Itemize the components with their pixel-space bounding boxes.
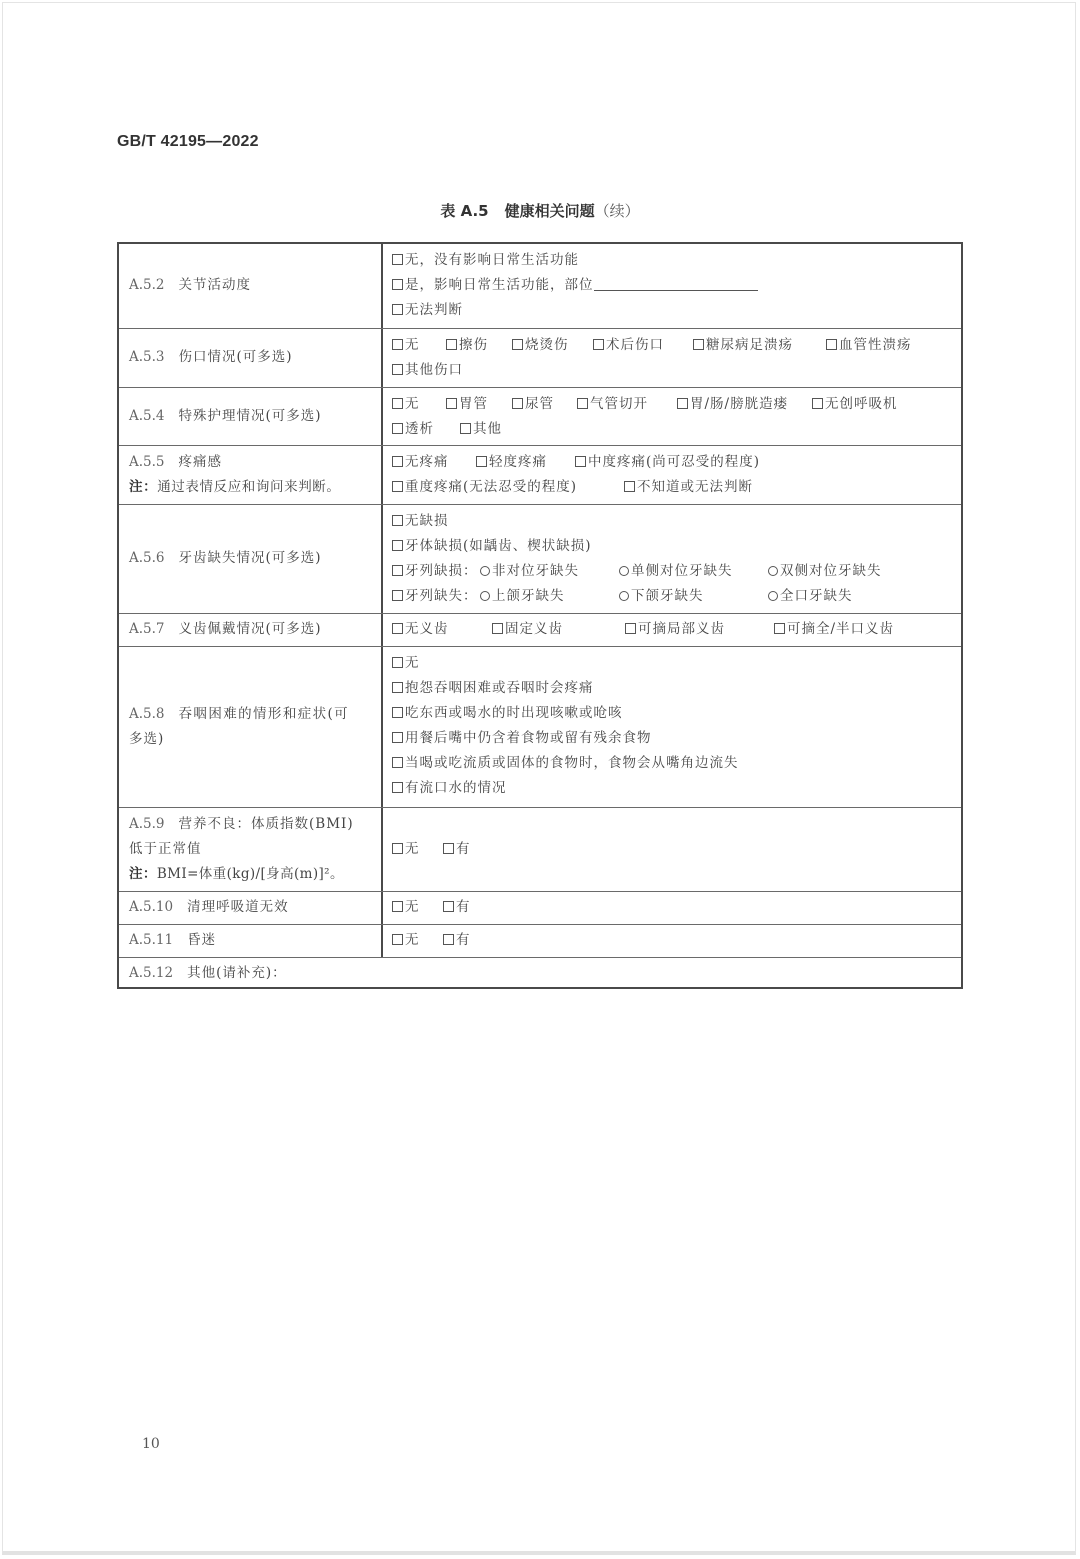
row-options-cell: 无疼痛 轻度疼痛 中度疼痛(尚可忍受的程度) 重度疼痛(无法忍受的程度) 不知道… <box>384 446 961 504</box>
table-title-text: 健康相关问题 <box>505 202 595 220</box>
row-label-cell: A.5.5疼痛感 注：通过表情反应和询问来判断。 <box>119 446 383 504</box>
health-questions-table: A.5.2关节活动度 无，没有影响日常生活功能 是，影响日常生活功能，部位 无法… <box>117 242 963 989</box>
row-label-cell: A.5.8吞咽困难的情形和症状(可 多选) <box>119 647 383 807</box>
row-label-cell: A.5.12其他(请补充)： <box>119 958 961 987</box>
item-code: A.5.2 <box>129 277 165 293</box>
radio-icon[interactable] <box>768 591 778 601</box>
row-options-cell: 无 抱怨吞咽困难或吞咽时会疼痛 吃东西或喝水的时出现咳嗽或呛咳 用餐后嘴中仍含着… <box>384 647 961 807</box>
option-checkbox[interactable]: 烧烫伤 <box>512 333 569 358</box>
option-checkbox[interactable]: 其他 <box>460 417 502 442</box>
item-label: 特殊护理情况(可多选) <box>179 408 322 424</box>
checkbox-icon[interactable] <box>693 339 704 350</box>
option-checkbox[interactable]: 无义齿 <box>392 617 449 642</box>
option-checkbox[interactable]: 无法判断 <box>392 298 463 323</box>
checkbox-icon[interactable] <box>392 339 403 350</box>
checkbox-icon[interactable] <box>443 934 454 945</box>
item-label: 营养不良：体质指数(BMI) <box>179 816 354 832</box>
item-code: A.5.3 <box>129 349 165 365</box>
note-key: 注： <box>129 866 157 882</box>
row-options-cell: 无缺损 牙体缺损(如龋齿、楔状缺损) 牙列缺损： 非对位牙缺失 单侧对位牙缺失 … <box>384 505 961 613</box>
checkbox-icon[interactable] <box>392 682 403 693</box>
table-row-a5-8: A.5.8吞咽困难的情形和症状(可 多选) 无 抱怨吞咽困难或吞咽时会疼痛 吃东… <box>119 646 961 807</box>
checkbox-icon[interactable] <box>677 398 688 409</box>
checkbox-icon[interactable] <box>392 623 403 634</box>
checkbox-icon[interactable] <box>392 843 403 854</box>
note-key: 注： <box>129 479 157 495</box>
option-checkbox[interactable]: 有 <box>443 928 471 953</box>
row-options-cell: 无 擦伤 烧烫伤 术后伤口 糖尿病足溃疡 血管性溃疡 其他伤口 <box>384 329 961 387</box>
option-checkbox[interactable]: 重度疼痛(无法忍受的程度) <box>392 475 577 500</box>
item-label: 吞咽困难的情形和症状(可 <box>179 706 350 722</box>
item-label: 清理呼吸道无效 <box>187 899 289 915</box>
item-label: 义齿佩戴情况(可多选) <box>179 621 322 637</box>
option-checkbox[interactable]: 不知道或无法判断 <box>624 475 753 500</box>
item-code: A.5.4 <box>129 408 165 424</box>
option-checkbox[interactable]: 有 <box>443 837 471 862</box>
checkbox-icon[interactable] <box>392 540 403 551</box>
row-label-cell: A.5.2关节活动度 <box>119 244 383 328</box>
option-checkbox[interactable]: 有 <box>443 895 471 920</box>
checkbox-icon[interactable] <box>392 732 403 743</box>
checkbox-icon[interactable] <box>575 456 586 467</box>
checkbox-icon[interactable] <box>392 304 403 315</box>
note-text: BMI=体重(kg)/[身高(m)]²。 <box>157 866 344 882</box>
option-radio[interactable]: 非对位牙缺失 <box>480 559 579 584</box>
table-row-a5-9: A.5.9营养不良：体质指数(BMI) 低于正常值 注：BMI=体重(kg)/[… <box>119 807 961 891</box>
checkbox-icon[interactable] <box>392 398 403 409</box>
option-checkbox[interactable]: 无疼痛 <box>392 450 449 475</box>
option-checkbox[interactable]: 无缺损 <box>392 509 449 534</box>
item-label: 昏迷 <box>187 932 216 948</box>
checkbox-icon[interactable] <box>392 423 403 434</box>
table-row-a5-2: A.5.2关节活动度 无，没有影响日常生活功能 是，影响日常生活功能，部位 无法… <box>119 244 961 328</box>
option-checkbox[interactable]: 无 <box>392 928 420 953</box>
option-checkbox[interactable]: 无 <box>392 895 420 920</box>
row-options-cell: 无 有 <box>384 925 961 957</box>
checkbox-icon[interactable] <box>460 423 471 434</box>
checkbox-icon[interactable] <box>392 657 403 668</box>
item-code: A.5.6 <box>129 550 165 566</box>
row-options-cell: 无 胃管 尿管 气管切开 胃/肠/膀胱造瘘 无创呼吸机 透析 其他 <box>384 388 961 445</box>
option-checkbox[interactable]: 轻度疼痛 <box>476 450 547 475</box>
item-label: 关节活动度 <box>179 277 252 293</box>
option-checkbox[interactable]: 糖尿病足溃疡 <box>693 333 793 358</box>
item-label: 其他(请补充)： <box>187 965 287 981</box>
checkbox-icon[interactable] <box>512 339 523 350</box>
page-number: 10 <box>142 1436 160 1452</box>
checkbox-icon[interactable] <box>476 456 487 467</box>
item-label: 疼痛感 <box>179 454 223 470</box>
item-code: A.5.12 <box>129 965 173 981</box>
checkbox-icon[interactable] <box>392 364 403 375</box>
table-row-a5-11: A.5.11昏迷 无 有 <box>119 924 961 957</box>
checkbox-icon[interactable] <box>392 279 403 290</box>
radio-icon[interactable] <box>480 591 490 601</box>
checkbox-icon[interactable] <box>774 623 785 634</box>
item-code: A.5.5 <box>129 454 165 470</box>
option-checkbox[interactable]: 是，影响日常生活功能，部位 <box>392 273 758 298</box>
option-checkbox[interactable]: 固定义齿 <box>492 617 563 642</box>
option-checkbox[interactable]: 胃管 <box>446 392 488 417</box>
radio-icon[interactable] <box>619 591 629 601</box>
table-row-a5-12: A.5.12其他(请补充)： <box>119 957 961 987</box>
row-options-cell: 无 有 <box>384 892 961 924</box>
row-options-cell: 无 有 <box>384 808 961 891</box>
checkbox-icon[interactable] <box>826 339 837 350</box>
option-checkbox[interactable]: 中度疼痛(尚可忍受的程度) <box>575 450 760 475</box>
option-radio[interactable]: 上颌牙缺失 <box>480 584 565 609</box>
checkbox-icon[interactable] <box>392 707 403 718</box>
item-code: A.5.10 <box>129 899 173 915</box>
option-checkbox[interactable]: 无 <box>392 333 420 358</box>
item-code: A.5.9 <box>129 816 165 832</box>
checkbox-icon[interactable] <box>392 481 403 492</box>
table-row-a5-10: A.5.10清理呼吸道无效 无 有 <box>119 891 961 924</box>
location-blank-field[interactable] <box>594 276 758 291</box>
option-checkbox[interactable]: 牙列缺失： <box>392 584 478 609</box>
table-number: 表 A.5 <box>440 202 488 220</box>
radio-icon[interactable] <box>480 566 490 576</box>
checkbox-icon[interactable] <box>625 623 636 634</box>
option-checkbox[interactable]: 其他伤口 <box>392 358 463 383</box>
checkbox-icon[interactable] <box>443 901 454 912</box>
checkbox-icon[interactable] <box>392 456 403 467</box>
option-checkbox[interactable]: 术后伤口 <box>593 333 664 358</box>
option-checkbox[interactable]: 气管切开 <box>577 392 648 417</box>
row-label-cell: A.5.10清理呼吸道无效 <box>119 892 383 924</box>
option-checkbox[interactable]: 擦伤 <box>446 333 488 358</box>
option-checkbox[interactable]: 可摘局部义齿 <box>625 617 725 642</box>
item-code: A.5.11 <box>129 932 173 948</box>
option-checkbox[interactable]: 抱怨吞咽困难或吞咽时会疼痛 <box>392 676 594 701</box>
item-label: 牙齿缺失情况(可多选) <box>179 550 322 566</box>
radio-icon[interactable] <box>768 566 778 576</box>
table-row-a5-7: A.5.7义齿佩戴情况(可多选) 无义齿 固定义齿 可摘局部义齿 可摘全/半口义… <box>119 613 961 646</box>
checkbox-icon[interactable] <box>593 339 604 350</box>
checkbox-icon[interactable] <box>392 782 403 793</box>
checkbox-icon[interactable] <box>577 398 588 409</box>
option-checkbox[interactable]: 有流口水的情况 <box>392 776 507 801</box>
checkbox-icon[interactable] <box>624 481 635 492</box>
checkbox-icon[interactable] <box>392 254 403 265</box>
option-checkbox[interactable]: 用餐后嘴中仍含着食物或留有残余食物 <box>392 726 652 751</box>
option-radio[interactable]: 全口牙缺失 <box>768 584 853 609</box>
option-checkbox[interactable]: 吃东西或喝水的时出现咳嗽或呛咳 <box>392 701 623 726</box>
option-checkbox[interactable]: 当喝或吃流质或固体的食物时，食物会从嘴角边流失 <box>392 751 739 776</box>
option-checkbox[interactable]: 牙体缺损(如龋齿、楔状缺损) <box>392 534 592 559</box>
checkbox-icon[interactable] <box>812 398 823 409</box>
radio-icon[interactable] <box>619 566 629 576</box>
row-label-cell: A.5.9营养不良：体质指数(BMI) 低于正常值 注：BMI=体重(kg)/[… <box>119 808 383 891</box>
checkbox-icon[interactable] <box>443 843 454 854</box>
checkbox-icon[interactable] <box>492 623 503 634</box>
table-row-a5-3: A.5.3伤口情况(可多选) 无 擦伤 烧烫伤 术后伤口 糖尿病足溃疡 血管性溃… <box>119 328 961 387</box>
checkbox-icon[interactable] <box>512 398 523 409</box>
item-code: A.5.7 <box>129 621 165 637</box>
option-checkbox[interactable]: 尿管 <box>512 392 554 417</box>
table-row-a5-4: A.5.4特殊护理情况(可多选) 无 胃管 尿管 气管切开 胃/肠/膀胱造瘘 无… <box>119 387 961 445</box>
checkbox-icon[interactable] <box>392 901 403 912</box>
option-checkbox[interactable]: 牙列缺损： <box>392 559 478 584</box>
option-checkbox[interactable]: 无 <box>392 651 420 676</box>
option-checkbox[interactable]: 血管性溃疡 <box>826 333 912 358</box>
note-text: 通过表情反应和询问来判断。 <box>157 479 340 495</box>
option-checkbox[interactable]: 无 <box>392 392 420 417</box>
checkbox-icon[interactable] <box>392 757 403 768</box>
option-checkbox[interactable]: 无，没有影响日常生活功能 <box>392 248 579 273</box>
row-label-cell: A.5.3伤口情况(可多选) <box>119 329 383 387</box>
option-checkbox[interactable]: 透析 <box>392 417 434 442</box>
table-row-a5-6: A.5.6牙齿缺失情况(可多选) 无缺损 牙体缺损(如龋齿、楔状缺损) 牙列缺损… <box>119 504 961 613</box>
option-radio[interactable]: 双侧对位牙缺失 <box>768 559 882 584</box>
row-options-cell: 无，没有影响日常生活功能 是，影响日常生活功能，部位 无法判断 <box>384 244 961 328</box>
table-title: 表 A.5健康相关问题（续） <box>0 200 1080 221</box>
row-label-cell: A.5.7义齿佩戴情况(可多选) <box>119 614 383 646</box>
checkbox-icon[interactable] <box>392 515 403 526</box>
option-checkbox[interactable]: 无 <box>392 837 420 862</box>
standard-code: GB/T 42195—2022 <box>117 133 259 151</box>
checkbox-icon[interactable] <box>392 565 403 576</box>
checkbox-icon[interactable] <box>446 398 457 409</box>
item-label: 伤口情况(可多选) <box>179 349 293 365</box>
table-continued: （续） <box>595 202 640 220</box>
checkbox-icon[interactable] <box>392 934 403 945</box>
option-checkbox[interactable]: 胃/肠/膀胱造瘘 <box>677 392 788 417</box>
item-label-continued: 低于正常值 <box>129 841 202 857</box>
row-label-cell: A.5.4特殊护理情况(可多选) <box>119 388 383 445</box>
option-checkbox[interactable]: 无创呼吸机 <box>812 392 898 417</box>
checkbox-icon[interactable] <box>446 339 457 350</box>
checkbox-icon[interactable] <box>392 590 403 601</box>
row-label-cell: A.5.11昏迷 <box>119 925 383 957</box>
table-row-a5-5: A.5.5疼痛感 注：通过表情反应和询问来判断。 无疼痛 轻度疼痛 中度疼痛(尚… <box>119 445 961 504</box>
item-label-continued: 多选) <box>129 731 164 747</box>
item-code: A.5.8 <box>129 706 165 722</box>
option-checkbox[interactable]: 可摘全/半口义齿 <box>774 617 894 642</box>
option-radio[interactable]: 单侧对位牙缺失 <box>619 559 733 584</box>
row-label-cell: A.5.6牙齿缺失情况(可多选) <box>119 505 383 613</box>
row-options-cell: 无义齿 固定义齿 可摘局部义齿 可摘全/半口义齿 <box>384 614 961 646</box>
option-radio[interactable]: 下颌牙缺失 <box>619 584 704 609</box>
